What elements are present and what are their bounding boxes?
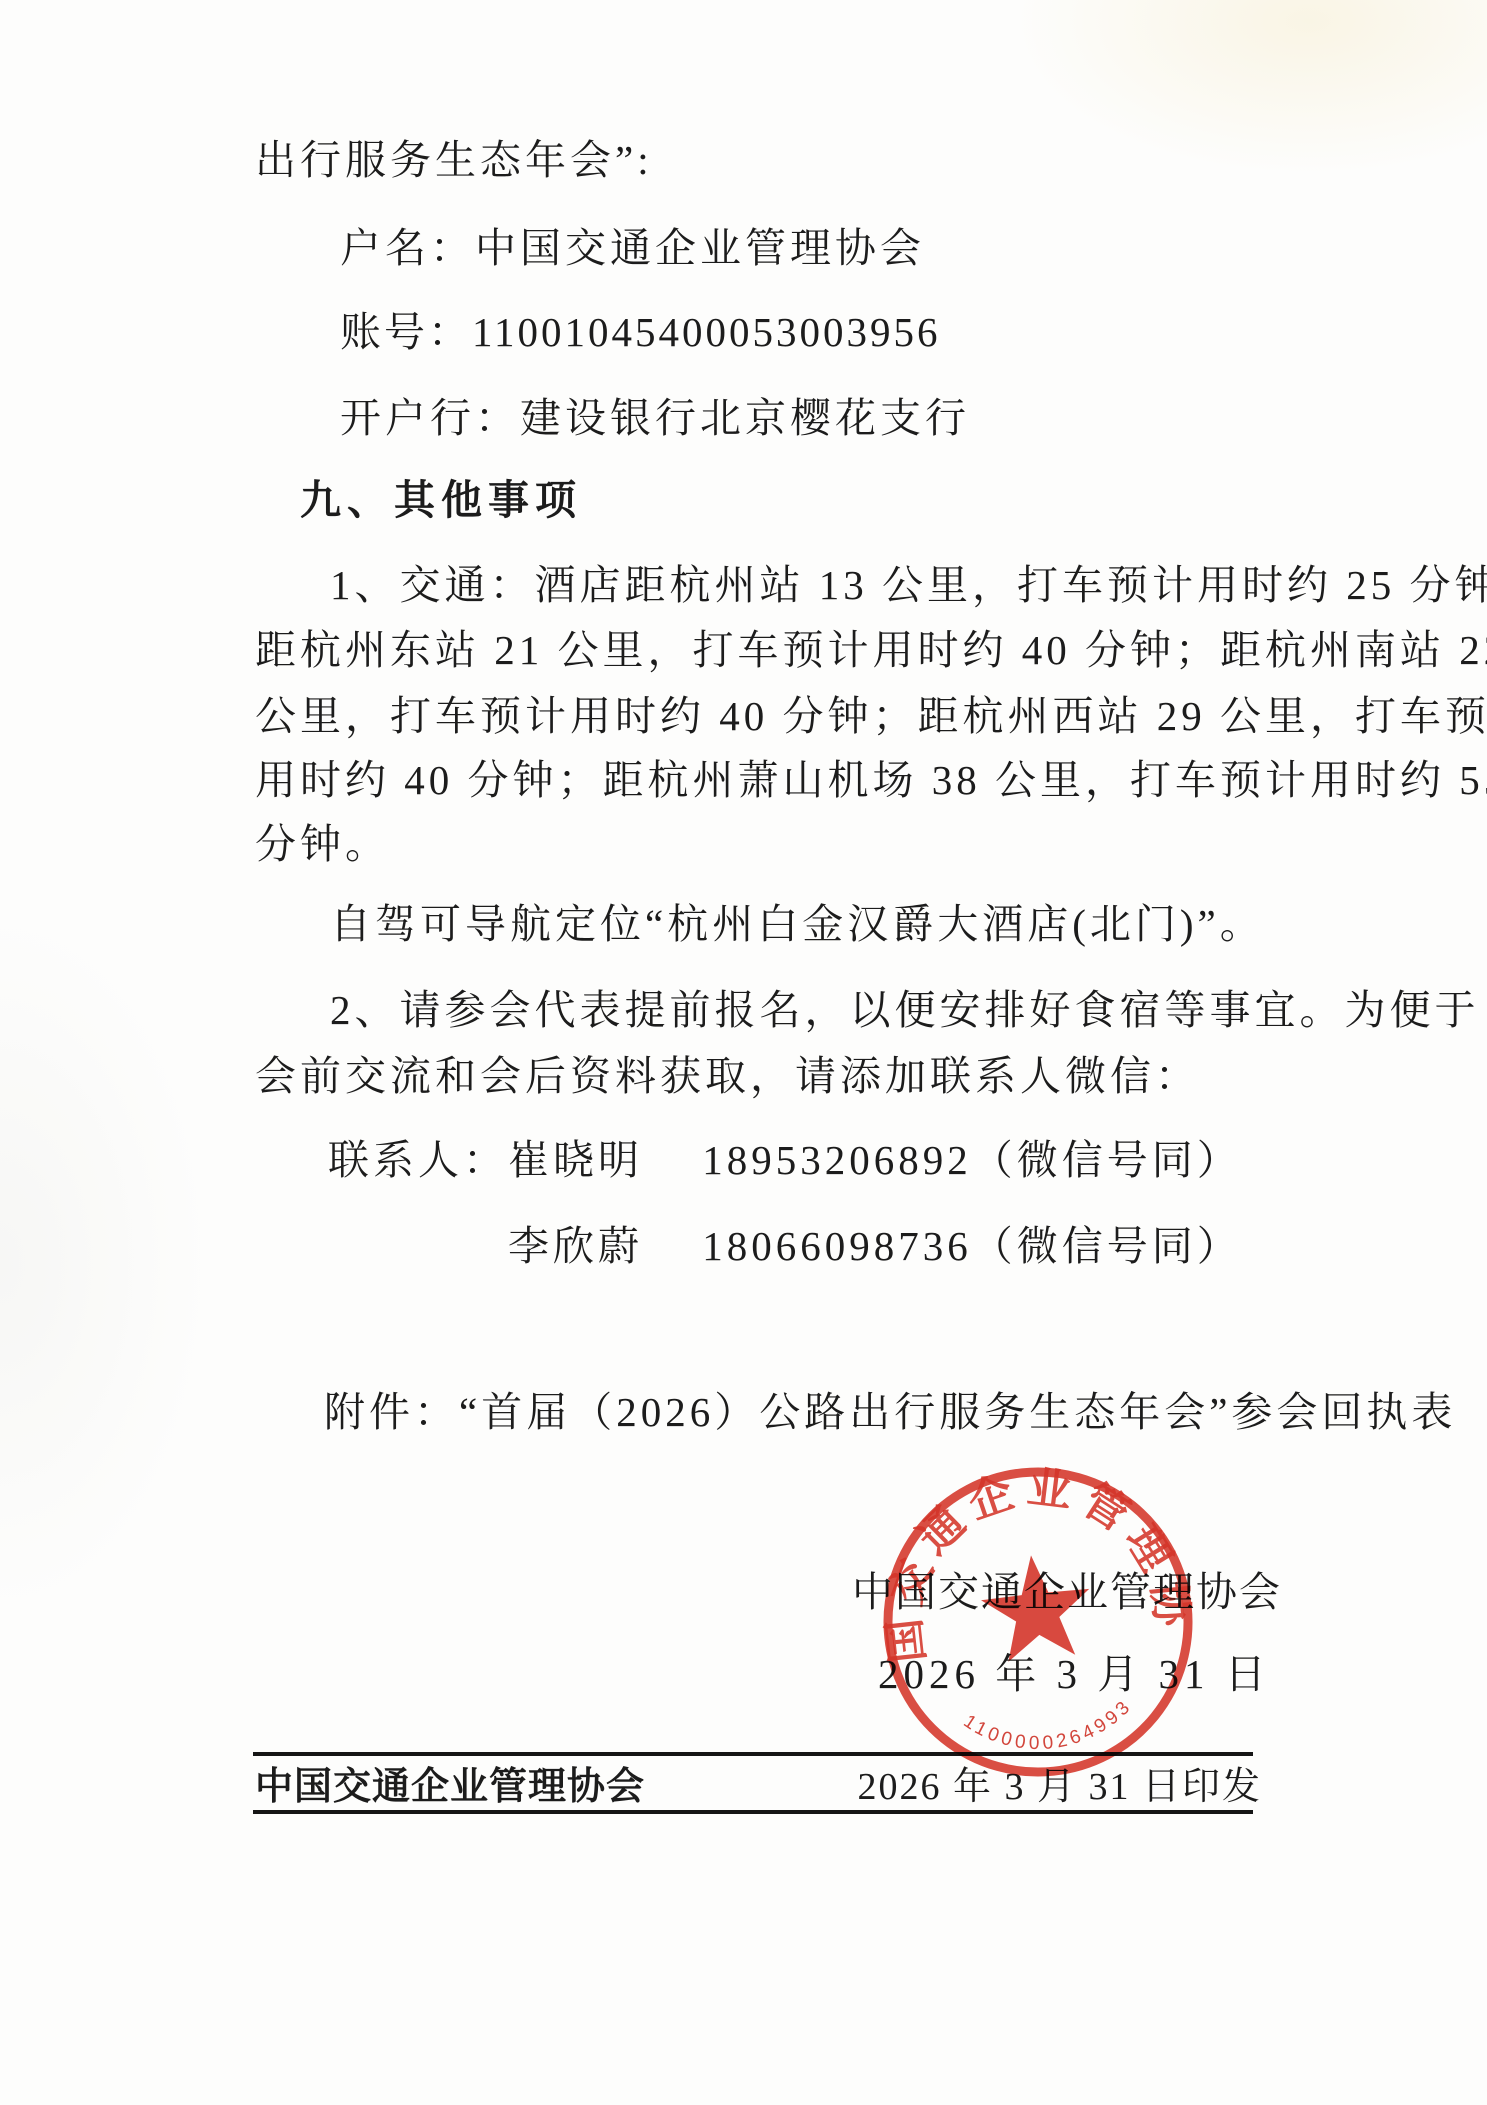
official-seal-graphic: 中国交通企业管理协会 1100000264993 xyxy=(851,1435,1225,1809)
section-heading: 九、其他事项 xyxy=(300,480,582,521)
attachment-line: 附件：“首届（2026）公路出行服务生态年会”参会回执表 xyxy=(324,1392,1456,1433)
bank-account-name-line: 户名：中国交通企业管理协会 xyxy=(340,228,925,269)
transport-line-4: 用时约 40 分钟；距杭州萧山机场 38 公里，打车预计用时约 55 xyxy=(255,760,1487,801)
contact-line-2: 李欣蔚 18066098736（微信号同） xyxy=(508,1226,1242,1267)
registration-line-1: 2、请参会代表提前报名，以便安排好食宿等事宜。为便于 xyxy=(330,990,1480,1031)
transport-line-1: 1、交通：酒店距杭州站 13 公里，打车预计用时约 25 分钟； xyxy=(330,565,1487,606)
transport-line-5: 分钟。 xyxy=(255,824,390,865)
footer-issuer: 中国交通企业管理协会 xyxy=(255,1768,645,1806)
contact-line-1: 联系人：崔晓明 18953206892（微信号同） xyxy=(328,1140,1242,1181)
bank-branch-line: 开户行：建设银行北京樱花支行 xyxy=(340,398,970,439)
bank-account-number-line: 账号：11001045400053003956 xyxy=(340,312,940,353)
seal-star-icon xyxy=(977,1550,1096,1664)
seal-ring-text: 中国交通企业管理协会 xyxy=(821,1398,1197,1670)
transport-line-3: 公里，打车预计用时约 40 分钟；距杭州西站 29 公里，打车预计 xyxy=(255,696,1487,737)
seal-ring-textpath: 中国交通企业管理协会 xyxy=(821,1398,1197,1670)
transport-line-2: 距杭州东站 21 公里，打车预计用时约 40 分钟；距杭州南站 22 xyxy=(255,630,1487,671)
intro-line: 出行服务生态年会”: xyxy=(255,140,653,181)
registration-line-2: 会前交流和会后资料获取，请添加联系人微信： xyxy=(255,1056,1200,1097)
document-page: 出行服务生态年会”: 户名：中国交通企业管理协会 账号：110010454000… xyxy=(0,0,1487,2105)
navigation-line: 自驾可导航定位“杭州白金汉爵大酒店(北门)”。 xyxy=(330,904,1265,945)
official-seal: 中国交通企业管理协会 1100000264993 xyxy=(851,1435,1225,1809)
footer-bottom-rule xyxy=(253,1810,1253,1814)
